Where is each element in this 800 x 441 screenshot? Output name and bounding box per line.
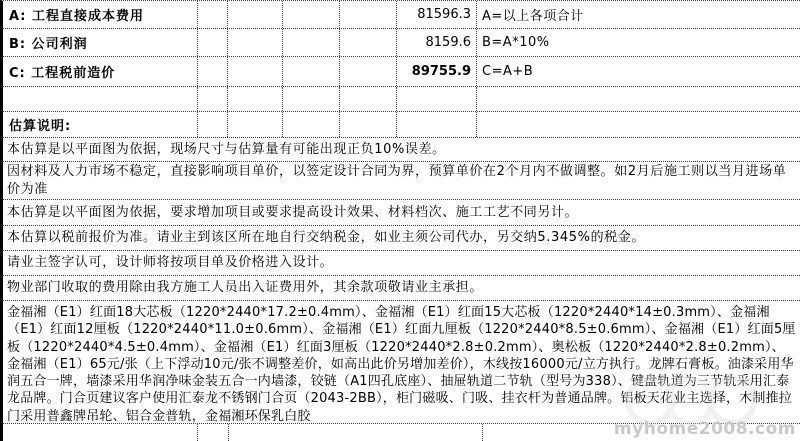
section-title: 估算说明:	[3, 112, 198, 137]
note-row: 本估算是以平面图为依据，现场尺寸与估算量有可能出现正负10%误差。	[3, 138, 800, 162]
grid-cell	[340, 87, 397, 111]
grid-cell	[228, 112, 283, 137]
note-row: 本估算是以平面图为依据，要求增加项目或要求提高设计效果、材料档次、施工工艺不同另…	[3, 200, 800, 226]
row-value: 81596.3	[397, 1, 477, 28]
bottom-stub-row	[3, 424, 800, 441]
grid-cell	[283, 112, 340, 137]
grid-cell	[340, 57, 397, 86]
row-formula: C=A+B	[477, 57, 800, 86]
grid-cell	[283, 87, 340, 111]
grid-cell	[198, 87, 228, 111]
section-header-row: 估算说明:	[3, 112, 800, 138]
grid-cell	[198, 29, 228, 56]
materials-paragraph: 金福湘（E1）红面18大芯板（1220*2440*17.2±0.4mm）、金福湘…	[3, 301, 800, 423]
grid-cell	[198, 1, 228, 28]
empty-row	[3, 87, 800, 112]
grid-cell	[228, 87, 283, 111]
note-row: 请业主签字认可，设计师将按项目单及价格进入设计。	[3, 251, 800, 276]
grid-cell	[397, 87, 477, 111]
row-value: 89755.9	[397, 57, 477, 86]
note-row: 本估算以税前报价为准。请业主到该区所在地自行交纳税金，如业主须公司代办，另交纳5…	[3, 226, 800, 251]
summary-row-b: B: 公司利润 8159.6 B=A*10%	[3, 29, 800, 57]
grid-cell	[228, 1, 283, 28]
grid-cell	[477, 112, 800, 137]
summary-row-a: A: 工程直接成本费用 81596.3 A=以上各项合计	[3, 1, 800, 29]
grid-cell	[477, 87, 800, 111]
grid-cell	[3, 424, 198, 441]
row-label: C: 工程税前造价	[3, 57, 198, 86]
row-label: A: 工程直接成本费用	[3, 1, 198, 28]
summary-row-c: C: 工程税前造价 89755.9 C=A+B	[3, 57, 800, 87]
grid-cell	[340, 1, 397, 28]
note-row: 物业部门收取的费用除由我方施工人员出入证费用外，其余款项敬请业主承担。	[3, 276, 800, 301]
grid-cell	[283, 1, 340, 28]
grid-cell	[483, 424, 800, 441]
materials-paragraph-row: 金福湘（E1）红面18大芯板（1220*2440*17.2±0.4mm）、金福湘…	[3, 301, 800, 424]
grid-cell	[228, 29, 283, 56]
row-value: 8159.6	[397, 29, 477, 56]
grid-cell	[283, 29, 340, 56]
grid-cell	[3, 87, 198, 111]
grid-cell	[340, 112, 397, 137]
grid-cell	[228, 57, 283, 86]
grid-cell	[198, 57, 228, 86]
grid-cell	[397, 112, 477, 137]
grid-cell	[198, 112, 228, 137]
note-row: 因材料及人力市场不稳定，直接影响项目单价，以签定设计合同为界，预算单价在2个月内…	[3, 162, 800, 200]
row-label: B: 公司利润	[3, 29, 198, 56]
row-formula: B=A*10%	[477, 29, 800, 56]
grid-cell	[283, 57, 340, 86]
row-formula: A=以上各项合计	[477, 1, 800, 28]
grid-cell	[198, 424, 229, 441]
grid-cell	[229, 424, 483, 441]
cost-estimate-sheet: A: 工程直接成本费用 81596.3 A=以上各项合计 B: 公司利润 815…	[0, 0, 800, 441]
grid-cell	[340, 29, 397, 56]
